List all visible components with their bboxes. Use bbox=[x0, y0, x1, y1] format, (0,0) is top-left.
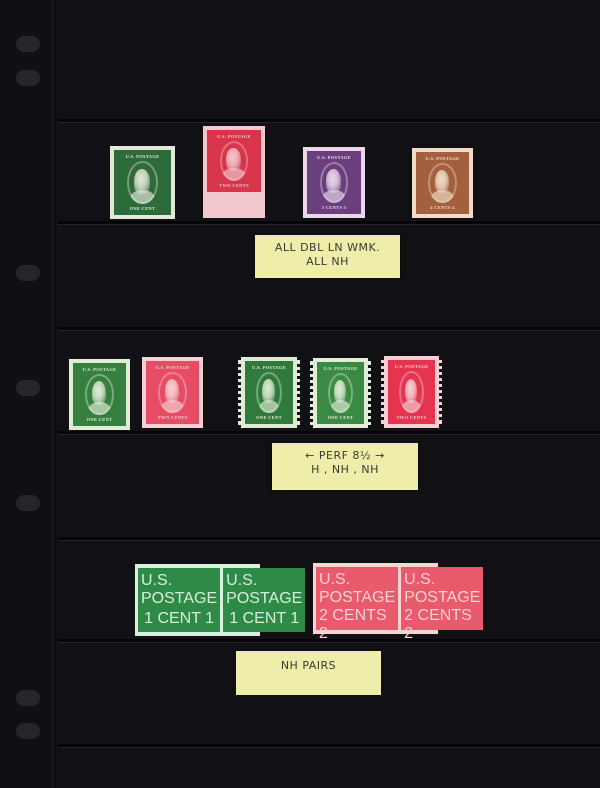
handwritten-note: ALL DBL LN WMK. ALL NH bbox=[255, 235, 400, 278]
stamp-denomination: 4 CENTS 4 bbox=[430, 205, 454, 210]
stamp-denomination: 2 CENTS 2 bbox=[404, 607, 480, 643]
stamp-denomination: TWO CENTS bbox=[158, 415, 188, 420]
stamp-top-label: U.S. POSTAGE bbox=[319, 571, 395, 607]
stamp-denomination: 1 CENT 1 bbox=[144, 610, 214, 628]
binder-hole bbox=[16, 265, 40, 281]
portrait-franklin-icon bbox=[127, 161, 158, 204]
pair-stamp: U.S. POSTAGE1 CENT 1 bbox=[223, 568, 305, 632]
handwritten-note: NH PAIRS bbox=[236, 651, 381, 695]
stamp-top-label: U.S. POSTAGE bbox=[141, 572, 217, 608]
portrait-washington-icon bbox=[220, 141, 249, 181]
stamp-denomination: ONE CENT bbox=[328, 415, 354, 420]
binder-hole bbox=[16, 380, 40, 396]
note-line: ALL DBL LN WMK. bbox=[255, 241, 400, 255]
stamp[interactable]: U.S. POSTAGETWO CENTS bbox=[203, 126, 265, 218]
stamp-top-label: U.S. POSTAGE bbox=[324, 366, 358, 371]
stamp-denomination: ONE CENT bbox=[130, 206, 156, 211]
stamp-top-label: U.S. POSTAGE bbox=[83, 367, 117, 372]
stamp[interactable]: U.S. POSTAGE3 CENTS 3 bbox=[303, 147, 365, 218]
strip-divider bbox=[58, 221, 600, 225]
note-line: ← PERF 8½ → bbox=[272, 449, 418, 463]
stamp-denomination: 3 CENTS 3 bbox=[322, 205, 346, 210]
note-line: H , NH , NH bbox=[272, 463, 418, 477]
stock-page: U.S. POSTAGEONE CENT U.S. POSTAGETWO CEN… bbox=[0, 0, 600, 788]
stamp-top-label: U.S. POSTAGE bbox=[217, 134, 251, 139]
strip-divider bbox=[58, 119, 600, 123]
stamp-denomination: 1 CENT 1 bbox=[229, 610, 299, 628]
stamp-denomination: ONE CENT bbox=[256, 415, 282, 420]
stamp[interactable]: U.S. POSTAGEONE CENT bbox=[310, 358, 371, 428]
stamp-top-label: U.S. POSTAGE bbox=[156, 365, 190, 370]
portrait-washington-icon bbox=[428, 163, 456, 203]
binder-hole bbox=[16, 690, 40, 706]
pair-stamp: U.S. POSTAGE2 CENTS 2 bbox=[401, 567, 483, 630]
stamp-top-label: U.S. POSTAGE bbox=[226, 572, 302, 608]
stamp-top-label: U.S. POSTAGE bbox=[317, 155, 351, 160]
strip-divider bbox=[58, 744, 600, 748]
stamp-denomination: TWO CENTS bbox=[219, 183, 249, 188]
strip-divider bbox=[58, 327, 600, 331]
portrait-franklin-icon bbox=[256, 372, 281, 413]
portrait-washington-icon bbox=[320, 162, 349, 203]
stamp-top-label: U.S. POSTAGE bbox=[404, 571, 480, 607]
pair-stamp: U.S. POSTAGE1 CENT 1 bbox=[138, 568, 220, 632]
stamp[interactable]: U.S. POSTAGETWO CENTS bbox=[381, 356, 442, 428]
stamp-top-label: U.S. POSTAGE bbox=[395, 364, 429, 369]
stamp[interactable]: U.S. POSTAGEONE CENT bbox=[110, 146, 175, 219]
stamp-pair[interactable]: U.S. POSTAGE2 CENTS 2U.S. POSTAGE2 CENTS… bbox=[313, 563, 438, 634]
stamp[interactable]: U.S. POSTAGETWO CENTS bbox=[142, 357, 203, 428]
binder-hole bbox=[16, 495, 40, 511]
pair-stamp: U.S. POSTAGE2 CENTS 2 bbox=[316, 567, 398, 630]
note-line: ALL NH bbox=[255, 255, 400, 269]
stamp-denomination: 2 CENTS 2 bbox=[319, 607, 395, 643]
stamp[interactable]: U.S. POSTAGEONE CENT bbox=[69, 359, 130, 430]
binder-hole bbox=[16, 70, 40, 86]
portrait-washington-icon bbox=[158, 372, 186, 413]
note-line: NH PAIRS bbox=[236, 659, 381, 673]
binder-hole bbox=[16, 36, 40, 52]
portrait-franklin-icon bbox=[85, 374, 113, 415]
strip-divider bbox=[58, 537, 600, 541]
portrait-franklin-icon bbox=[328, 373, 353, 413]
stamp-top-label: U.S. POSTAGE bbox=[126, 154, 160, 159]
strip-divider bbox=[58, 431, 600, 435]
stamp-denomination: ONE CENT bbox=[87, 417, 113, 422]
handwritten-note: ← PERF 8½ → H , NH , NH bbox=[272, 443, 418, 490]
binder-hole bbox=[16, 723, 40, 739]
stamp-pair[interactable]: U.S. POSTAGE1 CENT 1U.S. POSTAGE1 CENT 1 bbox=[135, 564, 260, 636]
stamp[interactable]: U.S. POSTAGE4 CENTS 4 bbox=[412, 148, 473, 218]
stamp-top-label: U.S. POSTAGE bbox=[252, 365, 286, 370]
binder-margin bbox=[0, 0, 53, 788]
stamp-denomination: TWO CENTS bbox=[397, 415, 427, 420]
stamp-top-label: U.S. POSTAGE bbox=[426, 156, 460, 161]
stamp[interactable]: U.S. POSTAGEONE CENT bbox=[238, 357, 300, 428]
portrait-washington-icon bbox=[399, 371, 424, 413]
